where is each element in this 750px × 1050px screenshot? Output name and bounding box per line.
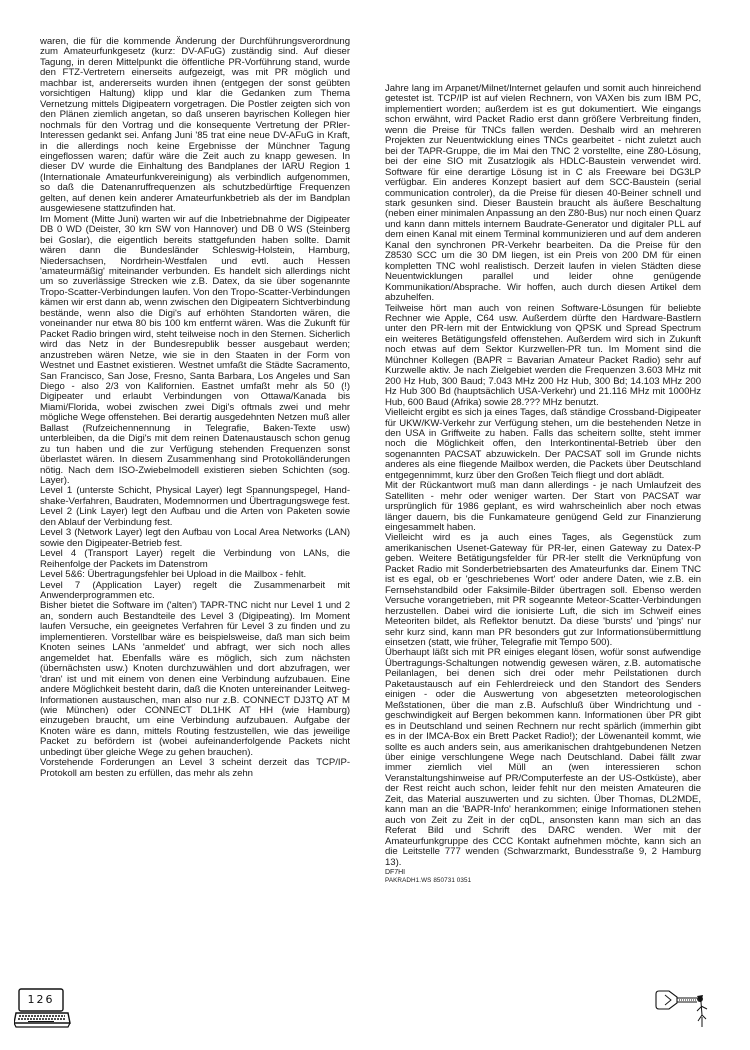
paragraph: Teilweise hört man auch von reinen Softw… (385, 304, 701, 409)
paragraph: Level 7 (Application Layer) regelt die Z… (40, 581, 350, 602)
page-number: 126 (23, 993, 59, 1006)
paragraph: Bisher bietet die Software im ('alten') … (40, 601, 350, 758)
left-column: waren, die für die kommende Änderung der… (40, 37, 350, 779)
plug-figure-icon (655, 985, 725, 1035)
right-column: Jahre lang im Arpanet/Milnet/Internet ge… (385, 84, 701, 885)
file-reference: PAKRADH1.WS 850731 0351 (385, 877, 701, 885)
paragraph: waren, die für die kommende Änderung der… (40, 37, 350, 215)
paragraph: Level 3 (Network Layer) legt den Aufbau … (40, 528, 350, 549)
paragraph: Vielleicht wird es ja auch eines Tages, … (385, 533, 701, 648)
paragraph: Überhaupt läßt sich mit PR einiges elega… (385, 648, 701, 868)
paragraph: Jahre lang im Arpanet/Milnet/Internet ge… (385, 84, 701, 304)
plug-figure-cartoon (655, 985, 725, 1035)
paragraph: Vorstehende Forderungen an Level 3 schei… (40, 758, 350, 779)
paragraph: Vielleicht ergibt es sich ja eines Tages… (385, 408, 701, 481)
paragraph: Level 5&6: Übertragungsfehler bei Upload… (40, 570, 350, 580)
paragraph: Im Moment (Mitte Juni) warten wir auf di… (40, 215, 350, 487)
author-signature: DF7HI (385, 868, 701, 877)
paragraph: Level 1 (unterste Schicht, Physical Laye… (40, 486, 350, 528)
paragraph: Mit der Rückantwort muß man dann allerdi… (385, 481, 701, 533)
paragraph: Level 4 (Transport Layer) regelt die Ver… (40, 549, 350, 570)
page-number-badge: 126 (14, 987, 74, 1033)
document-page: waren, die für die kommende Änderung der… (0, 0, 750, 1050)
